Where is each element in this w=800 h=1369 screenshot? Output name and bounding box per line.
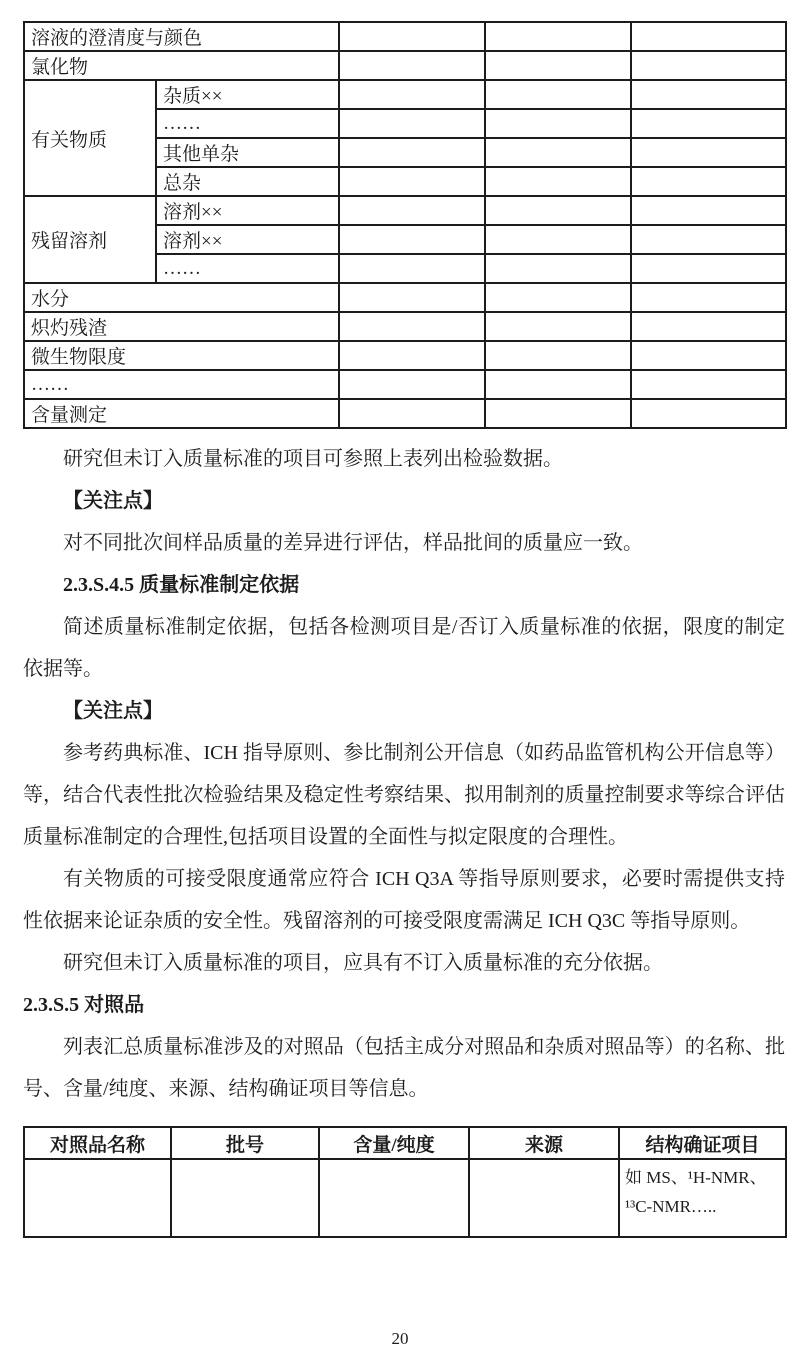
empty-data-cell xyxy=(339,254,485,283)
empty-data-cell xyxy=(485,312,631,341)
focus-point-label: 【关注点】 xyxy=(23,480,785,522)
empty-data-cell xyxy=(485,51,631,80)
table-row: 氯化物 xyxy=(24,51,786,80)
empty-data-cell xyxy=(485,254,631,283)
empty-data-cell xyxy=(339,22,485,51)
row-label-microbial-limit: 微生物限度 xyxy=(24,341,339,370)
sub-item-ellipsis: …… xyxy=(156,254,339,283)
column-header-content-purity: 含量/纯度 xyxy=(319,1127,469,1159)
row-label-water: 水分 xyxy=(24,283,339,312)
empty-data-cell xyxy=(485,138,631,167)
empty-data-cell xyxy=(631,312,786,341)
empty-data-cell xyxy=(631,283,786,312)
empty-data-cell xyxy=(339,138,485,167)
paragraph-spec-basis: 简述质量标准制定依据，包括各检测项目是/否订入质量标准的依据，限度的制定依据等。 xyxy=(23,606,785,690)
empty-data-cell xyxy=(339,196,485,225)
row-label-ellipsis: …… xyxy=(24,370,339,399)
heading-2-3-s-4-5: 2.3.S.4.5 质量标准制定依据 xyxy=(23,564,785,606)
empty-data-cell xyxy=(631,225,786,254)
empty-data-cell xyxy=(339,109,485,138)
empty-data-cell xyxy=(339,312,485,341)
table-row: 残留溶剂 溶剂×× xyxy=(24,196,786,225)
empty-data-cell xyxy=(339,80,485,109)
row-label-chloride: 氯化物 xyxy=(24,51,339,80)
table-row: 炽灼残渣 xyxy=(24,312,786,341)
page-number: 20 xyxy=(0,1329,800,1349)
focus-paragraph-excluded-items: 研究但未订入质量标准的项目，应具有不订入质量标准的充分依据。 xyxy=(23,942,785,984)
empty-data-cell xyxy=(631,370,786,399)
column-header-source: 来源 xyxy=(469,1127,619,1159)
empty-data-cell xyxy=(631,80,786,109)
sub-item-other-single-impurity: 其他单杂 xyxy=(156,138,339,167)
column-header-structure-confirmation: 结构确证项目 xyxy=(619,1127,786,1159)
table-row: 含量测定 xyxy=(24,399,786,428)
sub-item-total-impurity: 总杂 xyxy=(156,167,339,196)
column-header-reference-name: 对照品名称 xyxy=(24,1127,171,1159)
empty-data-cell xyxy=(339,283,485,312)
sub-item-solvent-1: 溶剂×× xyxy=(156,196,339,225)
empty-cell xyxy=(24,1159,171,1237)
table-row: …… xyxy=(24,370,786,399)
empty-data-cell xyxy=(485,370,631,399)
table-row: 溶液的澄清度与颜色 xyxy=(24,22,786,51)
empty-data-cell xyxy=(485,283,631,312)
empty-data-cell xyxy=(631,196,786,225)
table-row: 有关物质 杂质×× xyxy=(24,80,786,109)
empty-data-cell xyxy=(631,138,786,167)
empty-cell xyxy=(469,1159,619,1237)
row-label-clarity-color: 溶液的澄清度与颜色 xyxy=(24,22,339,51)
focus-paragraph-batch-consistency: 对不同批次间样品质量的差异进行评估，样品批间的质量应一致。 xyxy=(23,522,785,564)
row-label-ignition-residue: 炽灼残渣 xyxy=(24,312,339,341)
empty-data-cell xyxy=(631,22,786,51)
paragraph-reference-standards: 列表汇总质量标准涉及的对照品（包括主成分对照品和杂质对照品等）的名称、批号、含量… xyxy=(23,1026,785,1110)
empty-data-cell xyxy=(339,225,485,254)
empty-data-cell xyxy=(485,196,631,225)
empty-data-cell xyxy=(339,370,485,399)
empty-data-cell xyxy=(485,399,631,428)
column-header-batch-number: 批号 xyxy=(171,1127,319,1159)
row-label-assay: 含量测定 xyxy=(24,399,339,428)
table-row: 微生物限度 xyxy=(24,341,786,370)
paragraph-after-table: 研究但未订入质量标准的项目可参照上表列出检验数据。 xyxy=(23,438,785,480)
empty-data-cell xyxy=(339,51,485,80)
focus-paragraph-spec-rationale: 参考药典标准、ICH 指导原则、参比制剂公开信息（如药品监管机构公开信息等）等，… xyxy=(23,732,785,858)
group-label-residual-solvents: 残留溶剂 xyxy=(24,196,156,283)
sub-item-ellipsis: …… xyxy=(156,109,339,138)
focus-paragraph-ich-limits: 有关物质的可接受限度通常应符合 ICH Q3A 等指导原则要求，必要时需提供支持… xyxy=(23,858,785,942)
empty-data-cell xyxy=(339,399,485,428)
empty-data-cell xyxy=(339,167,485,196)
empty-cell xyxy=(319,1159,469,1237)
document-page: 溶液的澄清度与颜色 氯化物 有关物质 杂质×× …… xyxy=(0,0,800,1369)
empty-data-cell xyxy=(485,225,631,254)
table-row: 水分 xyxy=(24,283,786,312)
empty-data-cell xyxy=(339,341,485,370)
heading-2-3-s-5: 2.3.S.5 对照品 xyxy=(23,984,785,1026)
reference-standards-table: 对照品名称 批号 含量/纯度 来源 结构确证项目 如 MS、¹H-NMR、¹³C… xyxy=(23,1126,787,1238)
empty-data-cell xyxy=(485,80,631,109)
empty-data-cell xyxy=(631,399,786,428)
empty-cell xyxy=(171,1159,319,1237)
sub-item-impurity: 杂质×× xyxy=(156,80,339,109)
header-row: 对照品名称 批号 含量/纯度 来源 结构确证项目 xyxy=(24,1127,786,1159)
empty-data-cell xyxy=(631,254,786,283)
spec-results-table: 溶液的澄清度与颜色 氯化物 有关物质 杂质×× …… xyxy=(23,21,787,429)
empty-data-cell xyxy=(485,22,631,51)
sub-item-solvent-2: 溶剂×× xyxy=(156,225,339,254)
empty-data-cell xyxy=(631,109,786,138)
empty-data-cell xyxy=(631,341,786,370)
table-row: 如 MS、¹H-NMR、¹³C-NMR….. xyxy=(24,1159,786,1237)
empty-data-cell xyxy=(485,109,631,138)
focus-point-label: 【关注点】 xyxy=(23,690,785,732)
empty-data-cell xyxy=(631,167,786,196)
structure-confirmation-example-cell: 如 MS、¹H-NMR、¹³C-NMR….. xyxy=(619,1159,786,1237)
empty-data-cell xyxy=(485,341,631,370)
empty-data-cell xyxy=(631,51,786,80)
group-label-related-substances: 有关物质 xyxy=(24,80,156,196)
body-text: 研究但未订入质量标准的项目可参照上表列出检验数据。 【关注点】 对不同批次间样品… xyxy=(23,438,785,1110)
empty-data-cell xyxy=(485,167,631,196)
